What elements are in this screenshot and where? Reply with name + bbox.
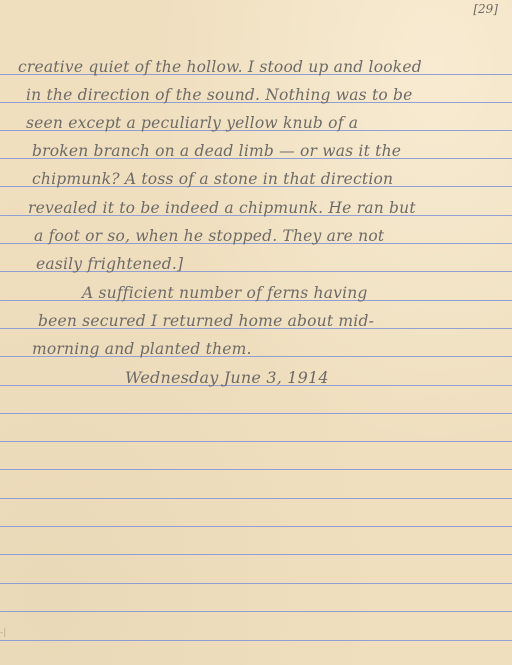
handwritten-line: chipmunk? A toss of a stone in that dire…: [32, 169, 393, 189]
ruled-line: [0, 441, 512, 442]
handwritten-line: a foot or so, when he stopped. They are …: [34, 226, 384, 246]
ruled-line: [0, 583, 512, 584]
handwritten-line: broken branch on a dead limb — or was it…: [32, 141, 401, 161]
ruled-line: [0, 469, 512, 470]
handwritten-line: revealed it to be indeed a chipmunk. He …: [28, 198, 416, 218]
handwritten-line: easily frightened.]: [36, 254, 183, 274]
page-number: [29]: [473, 2, 498, 16]
ruled-line: [0, 526, 512, 527]
handwritten-line: seen except a peculiarly yellow knub of …: [26, 113, 358, 133]
handwritten-line: been secured I returned home about mid-: [38, 311, 374, 331]
ruled-line: [0, 554, 512, 555]
handwritten-line: in the direction of the sound. Nothing w…: [26, 85, 413, 105]
handwritten-line: morning and planted them.: [32, 339, 252, 359]
ruled-line: [0, 498, 512, 499]
entry-date: Wednesday June 3, 1914: [125, 368, 329, 388]
margin-mark: -|: [0, 628, 12, 638]
ruled-line: [0, 640, 512, 641]
handwritten-line: creative quiet of the hollow. I stood up…: [18, 57, 422, 77]
handwritten-line: A sufficient number of ferns having: [82, 283, 368, 303]
notebook-page: [29] creative quiet of the hollow. I sto…: [0, 0, 512, 665]
ruled-line: [0, 413, 512, 414]
ruled-line: [0, 611, 512, 612]
